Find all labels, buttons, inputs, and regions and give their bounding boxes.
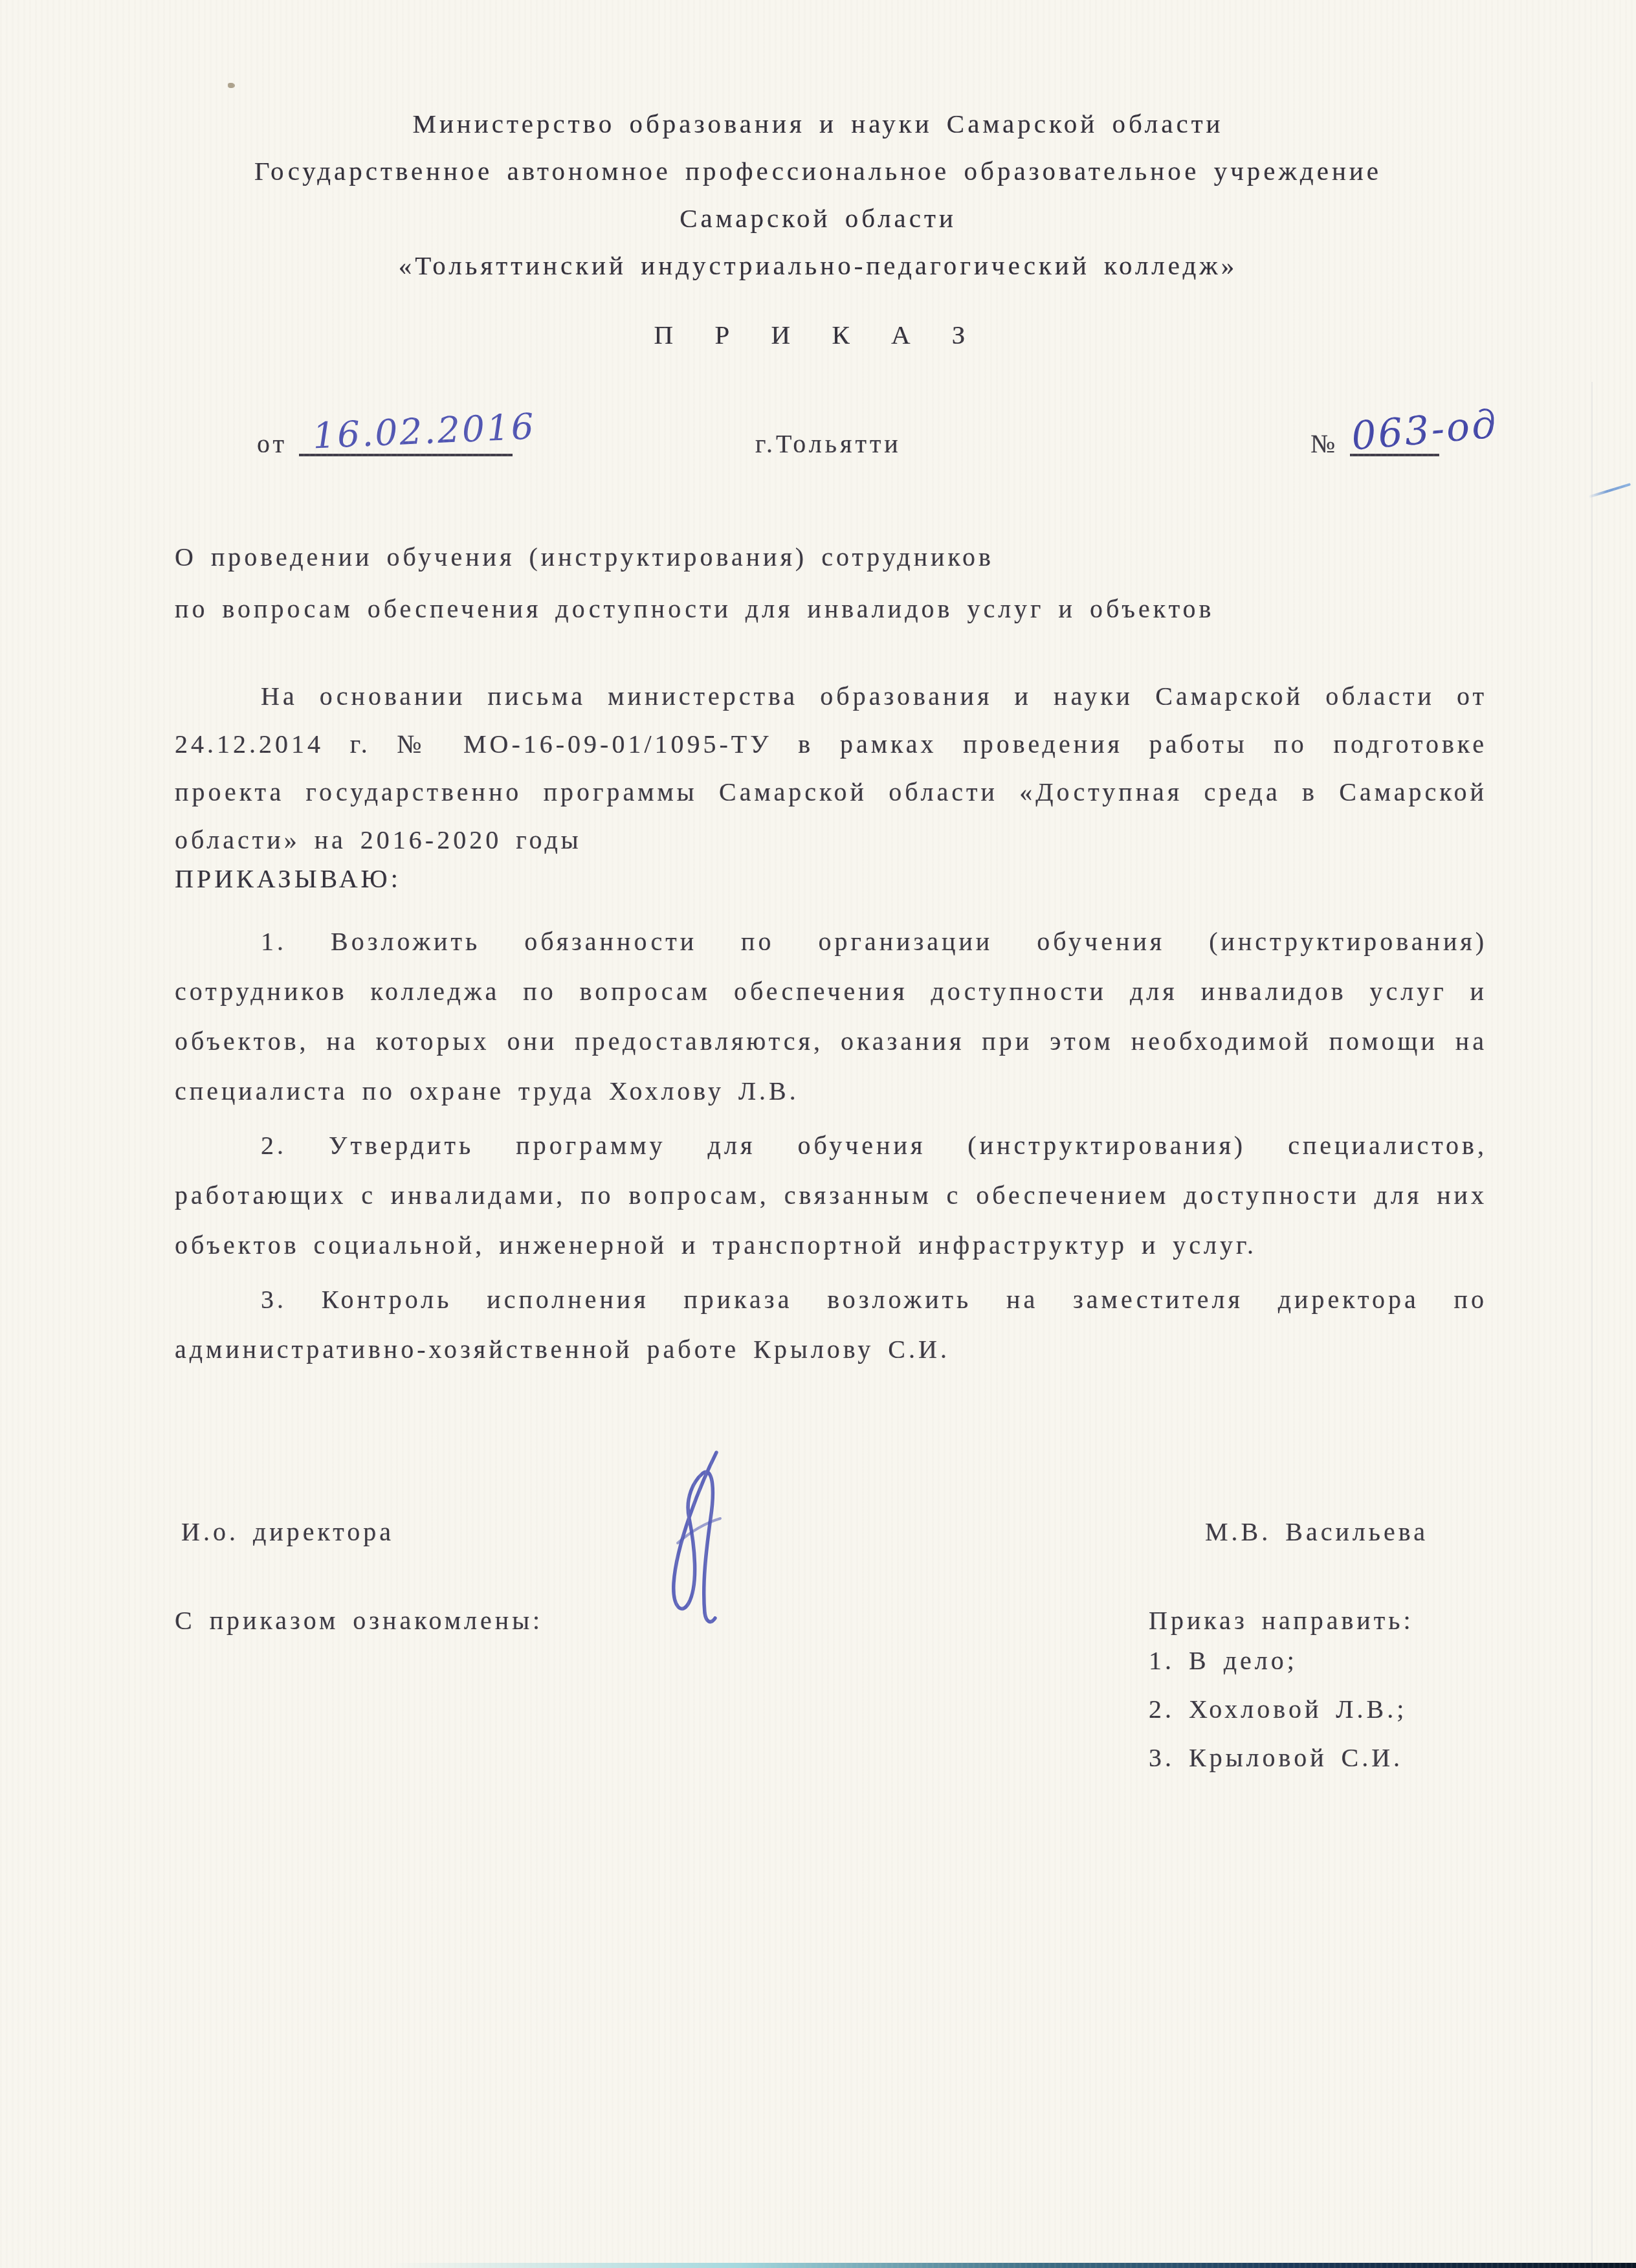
header-college-name: «Тольяттинский индустриально-педагогичес… [0, 242, 1636, 289]
order-item-3: 3. Контроль исполнения приказа возложить… [175, 1274, 1487, 1374]
order-item-1: 1. Возложить обязанности по организации … [175, 917, 1487, 1116]
paper-speck-artifact [228, 83, 235, 88]
distribution-item-2: 2. Хохловой Л.В.; [1149, 1685, 1414, 1733]
number-sign: № [1310, 429, 1338, 458]
date-label: от [257, 429, 287, 458]
header-institution-line2: Самарской области [0, 195, 1636, 242]
order-items: 1. Возложить обязанности по организации … [175, 917, 1487, 1379]
intro-paragraph: На основании письма министерства образов… [175, 673, 1487, 864]
header-institution-line1: Государственное автономное профессиональ… [0, 148, 1636, 195]
intro-paragraph-block: На основании письма министерства образов… [175, 673, 1487, 864]
scanned-order-page: Министерство образования и науки Самарск… [0, 0, 1636, 2268]
order-word: ПРИКАЗЫВАЮ: [175, 863, 401, 894]
subject-line2: по вопросам обеспечения доступности для … [175, 583, 1534, 635]
distribution-block: Приказ направить: 1. В дело; 2. Хохловой… [1149, 1596, 1414, 1782]
document-type-title: П Р И К А З [0, 319, 1636, 350]
document-header: Министерство образования и науки Самарск… [0, 100, 1636, 289]
signer-name: М.В. Васильева [1205, 1507, 1428, 1556]
order-item-2: 2. Утвердить программу для обучения (инс… [175, 1120, 1487, 1270]
distribution-item-3: 3. Крыловой С.И. [1149, 1733, 1414, 1782]
scan-bottom-edge-artifact [388, 2263, 1636, 2268]
signer-position: И.о. директора [181, 1507, 394, 1556]
acknowledged-label: С приказом ознакомлены: [175, 1596, 543, 1645]
distribution-list: 1. В дело; 2. Хохловой Л.В.; 3. Крыловой… [1149, 1636, 1414, 1782]
signature-ink [637, 1446, 777, 1634]
header-ministry-line: Министерство образования и науки Самарск… [0, 100, 1636, 148]
subject-line1: О проведении обучения (инструктирования)… [175, 531, 1534, 583]
city-label: г.Тольятти [755, 419, 901, 468]
subject-block: О проведении обучения (инструктирования)… [175, 531, 1534, 635]
scanner-vertical-line-artifact [1591, 382, 1593, 2268]
